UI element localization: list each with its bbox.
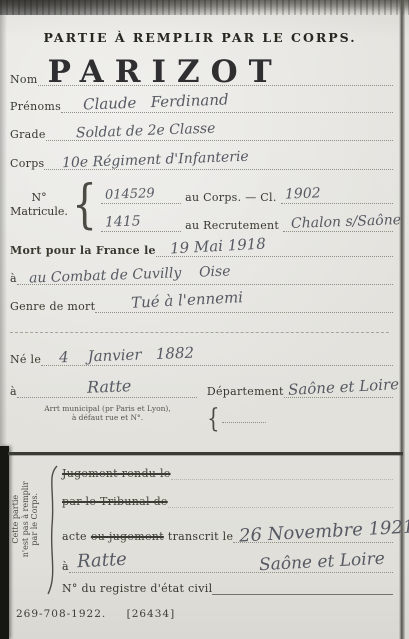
genre-mort-row: Genre de mort Tué à l'ennemi [10,291,393,313]
arrondissement-line [222,404,266,423]
mort-lieu-line: au Combat de Cuvilly Oise [17,262,393,285]
tribunal-label: par le Tribunal de [62,495,168,508]
registre-row: N° du registre d'état civil [62,574,393,595]
mort-date-row: Mort pour la France le 19 Mai 1918 [10,235,393,257]
matricule-row-corps: 014529 au Corps. — Cl. 1902 [101,176,393,204]
scanned-record-card: { "header": { "title": "PARTIE À REMPLIR… [0,0,409,639]
genre-mort-line: Tué à l'ennemi [95,290,393,313]
lieu-naissance-line: Ratte [17,373,197,398]
matricule-recrutement-midlabel: au Recrutement [185,219,279,232]
mort-lieu-row: à au Combat de Cuvilly Oise [10,263,393,285]
matricule-label: N° Matricule. [10,191,68,219]
transcription-lieu-value: Ratte [76,549,127,573]
genre-mort-label: Genre de mort [10,300,95,313]
lieu-naissance-value: Ratte [87,376,132,397]
vertical-brace-icon [44,464,60,596]
mort-lieu-value: au Combat de Cuvilly Oise [29,263,231,286]
matricule-block: N° Matricule. { 014529 au Corps. — Cl. 1… [10,176,393,234]
scan-top-edge [0,0,409,15]
grade-label: Grade [10,128,46,141]
departement-line: Saône et Loire [284,373,393,398]
matricule-place-line: Chalon s/Saône [283,203,393,232]
arrondissement-label-line2: à défaut rue et N°. [10,413,205,422]
acte-label-start: acte [62,530,87,543]
arrondissement-row: Arrt municipal (pr Paris et Lyon), à déf… [10,404,393,434]
matricule-class-line: 1902 [281,175,393,204]
matricule-recrutement-value: 1415 [105,213,141,230]
naissance-label: Né le [10,353,41,366]
jugement-line [171,457,393,480]
acte-label-end: transcrit le [168,530,233,543]
brace-icon: { [72,179,97,231]
prenoms-line: Claude Ferdinand [61,90,393,113]
nom-value: PARIZOT [48,54,283,90]
nom-line: PARIZOT [38,47,393,86]
matricule-row-recrutement: 1415 au Recrutement Chalon s/Saône [101,204,393,232]
tribunal-line [168,485,393,508]
side-note-line3: par le Corps. [30,460,40,578]
form-title: PARTIE À REMPLIR PAR LE CORPS. [0,30,400,45]
footer-bracket-number: [26434] [127,608,176,620]
prenoms-value: Claude Ferdinand [83,90,229,113]
registre-label: N° du registre d'état civil [62,582,212,595]
section-separator [10,332,389,333]
mort-date-line: 19 Mai 1918 [156,234,393,257]
naissance-line: 4 Janvier 1882 [41,343,393,366]
arrondissement-label: Arrt municipal (pr Paris et Lyon), à déf… [10,404,205,434]
corps-row: Corps 10e Régiment d'Infanterie [10,148,393,170]
grade-row: Grade Soldat de 2e Classe [10,119,393,141]
lieu-naissance-row: à Ratte Département Saône et Loire [10,374,393,398]
mort-date-label: Mort pour la France le [10,244,156,257]
departement-value: Saône et Loire [287,375,399,399]
acte-date-value: 26 Novembre 1921 [239,516,409,546]
tribunal-row: par le Tribunal de [62,486,393,508]
lieu-naissance-label: à [10,385,17,398]
corps-label: Corps [10,157,44,170]
transcription-lieu-label: à [62,560,69,573]
naissance-row: Né le 4 Janvier 1882 [10,344,393,366]
side-note-line1: Cette partie [11,460,21,578]
grade-line: Soldat de 2e Classe [46,118,393,141]
matricule-label-line2: Matricule. [10,205,68,219]
acte-row: acte ou jugement transcrit le 26 Novembr… [62,516,393,543]
corps-line: 10e Régiment d'Infanterie [44,147,393,170]
matricule-recrutement-line: 1415 [101,203,181,232]
acte-label-struck: ou jugement [91,530,164,543]
footer-reference: 269-708-1922. [26434] [16,608,191,620]
matricule-class-value: 1902 [284,185,320,202]
matricule-corps-midlabel: au Corps. — Cl. [185,191,277,204]
transcription-dept-value: Saône et Loire [259,549,386,576]
matricule-corps-value: 014529 [105,186,155,203]
mort-date-value: 19 Mai 1918 [169,235,266,258]
naissance-value: 4 Janvier 1882 [59,344,195,367]
matricule-place-value: Chalon s/Saône [291,212,402,232]
registre-line [212,573,393,595]
jugement-label: Jugement rendu le [62,467,171,480]
arrondissement-label-line1: Arrt municipal (pr Paris et Lyon), [10,404,205,413]
corps-value: 10e Régiment d'Infanterie [62,149,249,172]
nom-label: Nom [10,73,38,86]
genre-mort-value: Tué à l'ennemi [131,288,244,312]
side-note: Cette partie n'est pas à remplir par le … [11,460,40,578]
acte-line: 26 Novembre 1921 [233,515,393,543]
nom-row: Nom PARIZOT [10,48,393,86]
prenoms-label: Prénoms [10,100,61,113]
transcription-lieu-row: à Ratte Saône et Loire [62,546,393,573]
matricule-rows: 014529 au Corps. — Cl. 1902 1415 au Recr… [101,176,393,234]
section-rule [8,452,403,455]
mort-lieu-label: à [10,272,17,285]
jugement-row: Jugement rendu le [62,458,393,480]
matricule-corps-line: 014529 [101,175,181,204]
scan-fold-line [399,0,405,639]
small-brace-icon: { [207,406,219,432]
grade-value: Soldat de 2e Classe [75,121,215,142]
side-note-line2: n'est pas à remplir [20,460,30,578]
transcription-lieu-line: Ratte Saône et Loire [69,545,393,573]
scan-left-black-edge [0,446,9,639]
matricule-label-line1: N° [10,191,68,205]
departement-label: Département [207,385,284,398]
prenoms-row: Prénoms Claude Ferdinand [10,91,393,113]
footer-ref-number: 269-708-1922. [16,608,106,620]
